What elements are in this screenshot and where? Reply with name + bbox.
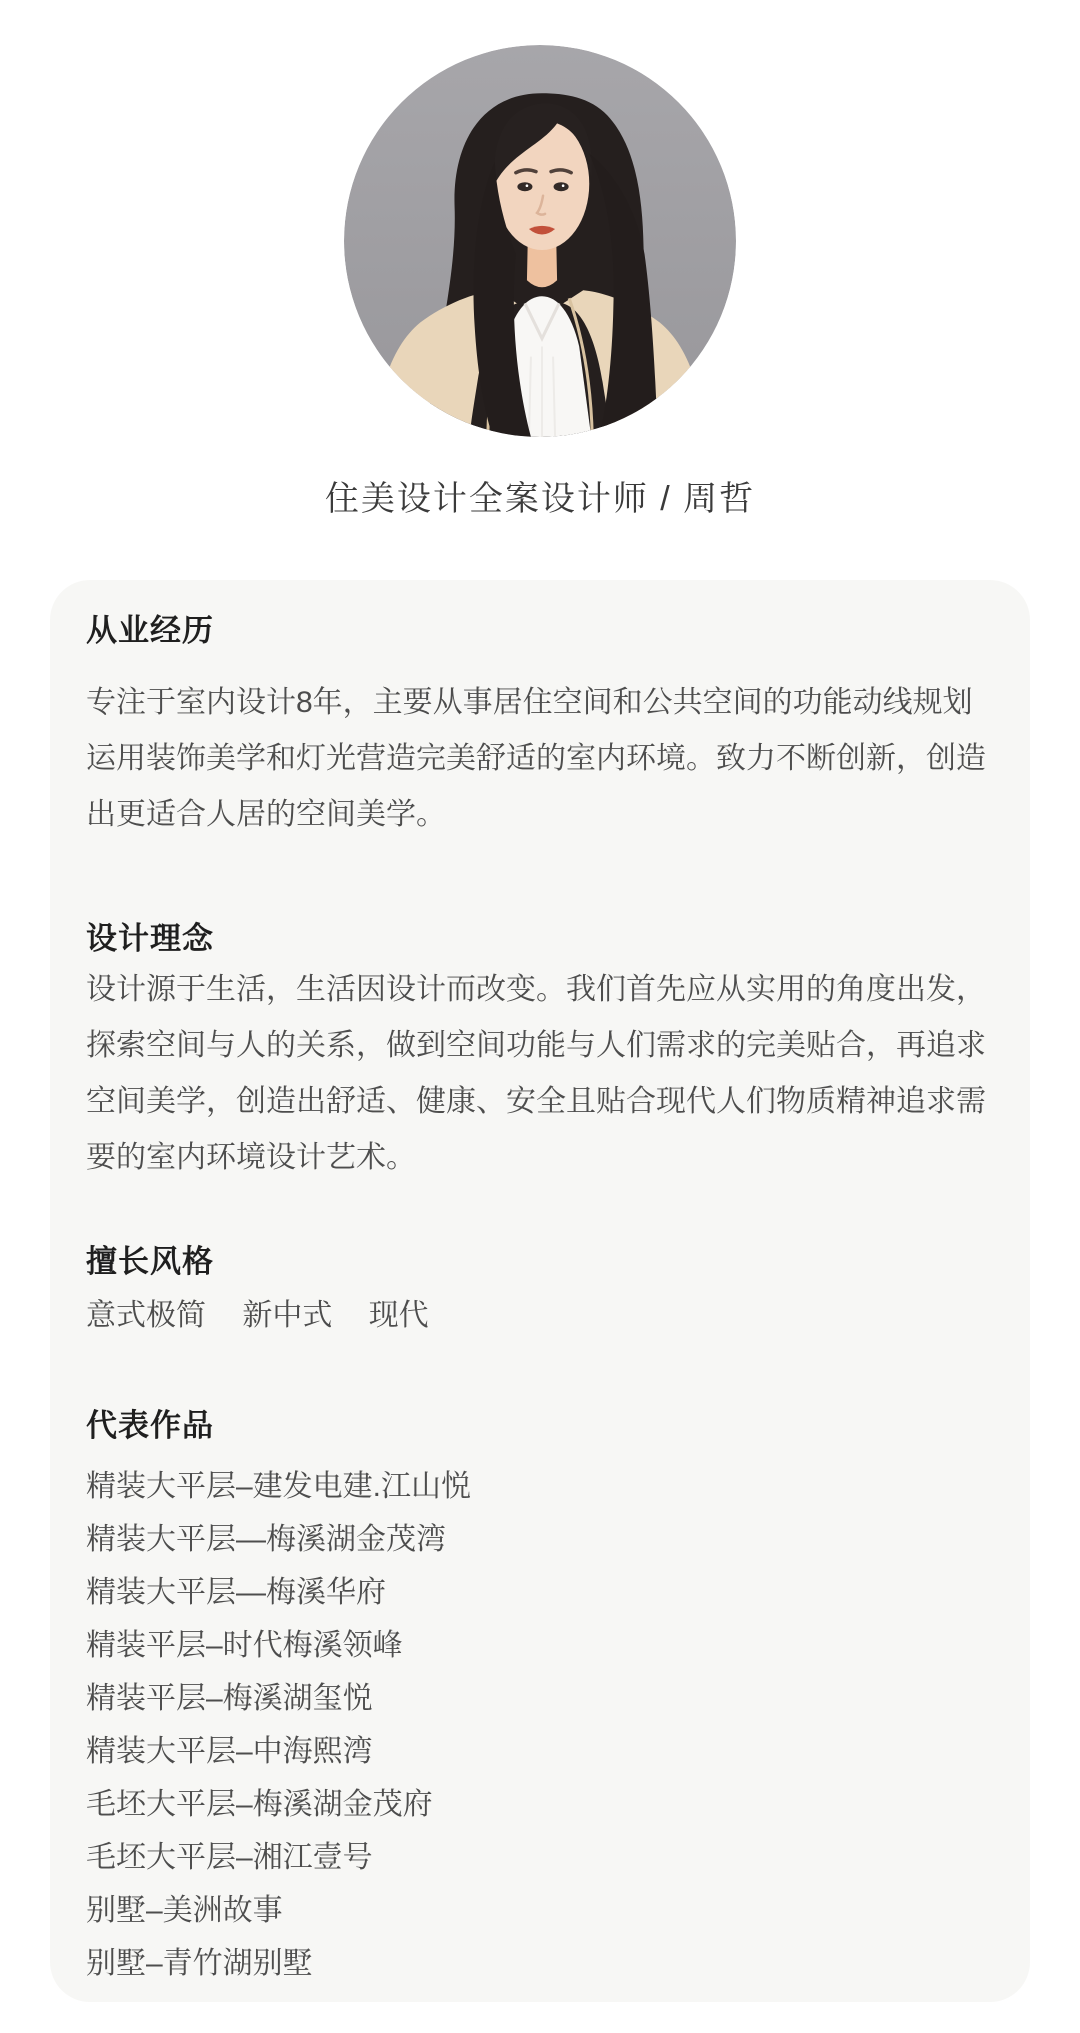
work-item: 精装大平层—梅溪华府 bbox=[86, 1566, 994, 1619]
work-item: 精装大平层—梅溪湖金茂湾 bbox=[86, 1513, 994, 1566]
work-item: 精装平层–梅溪湖玺悦 bbox=[86, 1672, 994, 1725]
profile-card: 从业经历 专注于室内设计8年，主要从事居住空间和公共空间的功能动线规划运用装饰美… bbox=[50, 580, 1030, 2002]
work-item: 毛坯大平层–湘江壹号 bbox=[86, 1831, 994, 1884]
work-item: 别墅–美洲故事 bbox=[86, 1884, 994, 1937]
style-tag: 现代 bbox=[369, 1288, 429, 1344]
section-heading-philosophy: 设计理念 bbox=[86, 918, 994, 960]
philosophy-paragraph: 设计源于生活，生活因设计而改变。我们首先应从实用的角度出发，探索空间与人的关系，… bbox=[86, 962, 994, 1186]
work-item: 精装平层–时代梅溪领峰 bbox=[86, 1619, 994, 1672]
avatar-container bbox=[0, 0, 1080, 437]
work-item: 精装大平层–建发电建.江山悦 bbox=[86, 1460, 994, 1513]
eye-left bbox=[517, 182, 532, 191]
avatar bbox=[344, 45, 736, 437]
eye-right bbox=[554, 182, 569, 191]
section-heading-styles: 擅长风格 bbox=[86, 1241, 994, 1283]
style-tag: 新中式 bbox=[242, 1288, 332, 1344]
designer-portrait-image bbox=[344, 45, 736, 437]
styles-row: 意式极简 新中式 现代 bbox=[86, 1288, 994, 1344]
style-tag: 意式极简 bbox=[86, 1288, 206, 1344]
profile-page: 住美设计全案设计师 / 周哲 从业经历 专注于室内设计8年，主要从事居住空间和公… bbox=[0, 0, 1080, 2002]
work-item: 别墅–青竹湖别墅 bbox=[86, 1937, 994, 1990]
works-list: 精装大平层–建发电建.江山悦 精装大平层—梅溪湖金茂湾 精装大平层—梅溪华府 精… bbox=[86, 1460, 994, 1990]
work-item: 精装大平层–中海熙湾 bbox=[86, 1725, 994, 1778]
section-heading-experience: 从业经历 bbox=[86, 610, 994, 652]
experience-paragraph: 专注于室内设计8年，主要从事居住空间和公共空间的功能动线规划运用装饰美学和灯光营… bbox=[86, 675, 994, 843]
section-heading-works: 代表作品 bbox=[86, 1405, 994, 1447]
page-title: 住美设计全案设计师 / 周哲 bbox=[0, 479, 1080, 519]
work-item: 毛坯大平层–梅溪湖金茂府 bbox=[86, 1778, 994, 1831]
